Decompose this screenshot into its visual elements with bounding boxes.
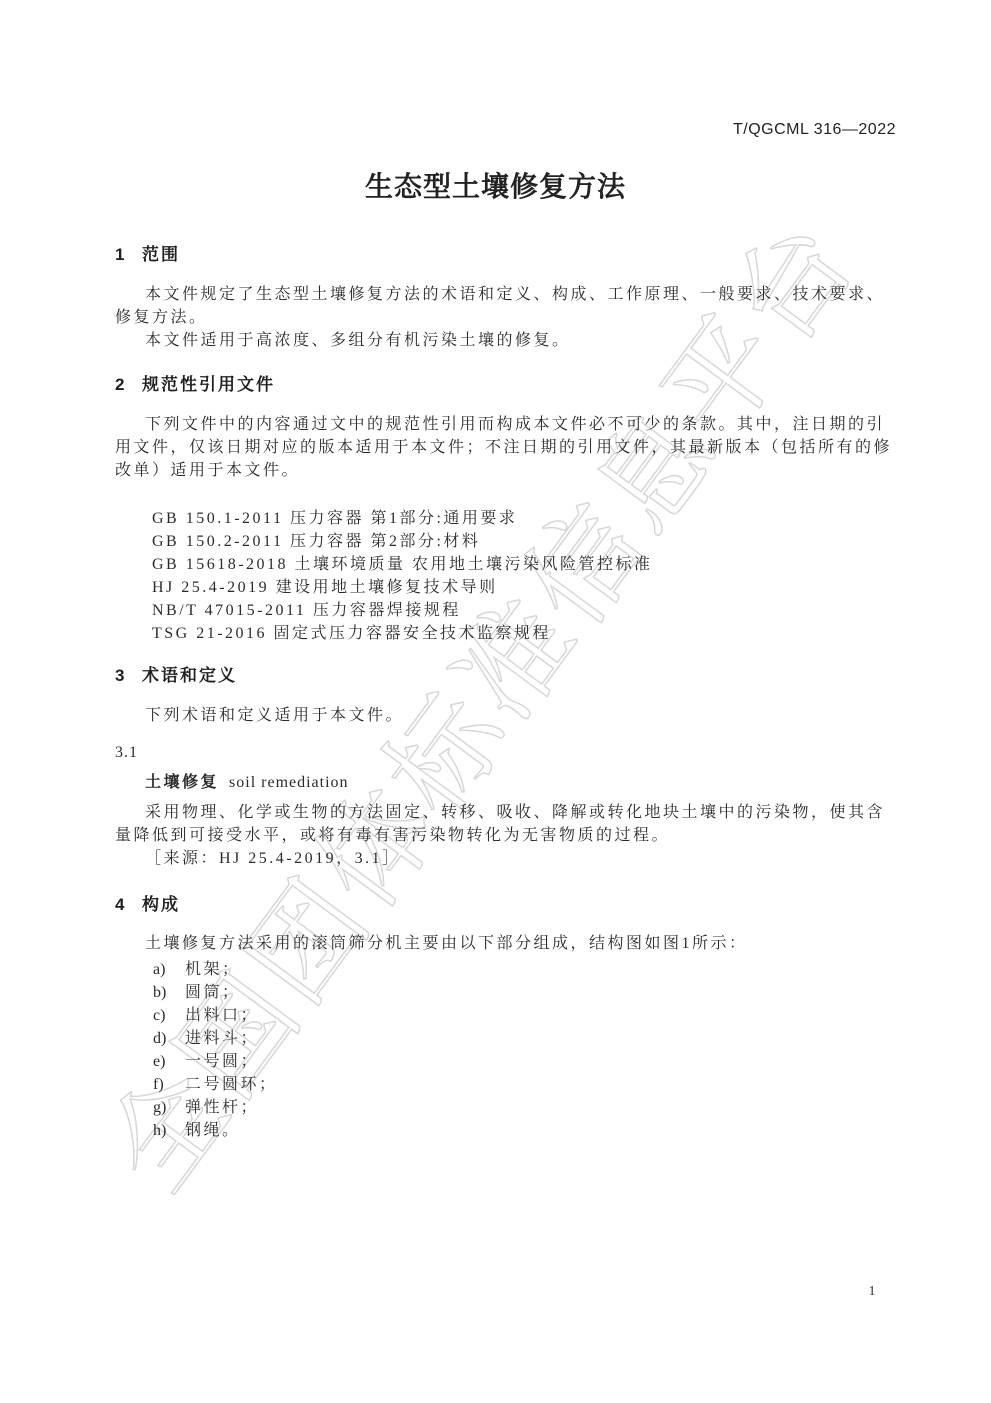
list-item: d)进料斗； <box>153 1027 793 1050</box>
list-item-label: a) <box>153 958 185 981</box>
term-name-en: soil remediation <box>229 774 349 791</box>
list-item-text: 圆筒； <box>185 984 241 1001</box>
section-4-heading: 4构成 <box>115 896 901 914</box>
section-2-body: 下列文件中的内容通过文中的规范性引用而构成本文件必不可少的条款。其中，注日期的引… <box>115 413 901 482</box>
list-item-text: 机架； <box>185 961 241 978</box>
section-4-intro: 土壤修复方法采用的滚筒筛分机主要由以下部分组成，结构图如图1所示： <box>115 932 901 955</box>
paragraph: 本文件适用于高浓度、多组分有机污染土壤的修复。 <box>115 329 901 352</box>
page-title: 生态型土壤修复方法 <box>0 165 991 205</box>
list-item-text: 弹性杆； <box>185 1099 259 1116</box>
paragraph: 下列文件中的内容通过文中的规范性引用而构成本文件必不可少的条款。其中，注日期的引… <box>115 413 901 482</box>
component-list: a)机架； b)圆筒； c)出料口； d)进料斗； e)一号圆； f)二号圆环；… <box>153 958 793 1142</box>
list-item: c)出料口； <box>153 1004 793 1027</box>
section-1-body: 本文件规定了生态型土壤修复方法的术语和定义、构成、工作原理、一般要求、技术要求、… <box>115 283 901 352</box>
list-item-label: d) <box>153 1027 185 1050</box>
section-3-heading: 3术语和定义 <box>115 667 901 685</box>
reference-item: GB 15618-2018 土壤环境质量 农用地土壤污染风险管控标准 <box>152 553 852 576</box>
term-line: 土壤修复soil remediation <box>145 771 931 794</box>
section-3-number: 3 <box>115 667 142 685</box>
paragraph: 土壤修复方法采用的滚筒筛分机主要由以下部分组成，结构图如图1所示： <box>115 932 901 955</box>
list-item-label: c) <box>153 1004 185 1027</box>
list-item-label: f) <box>153 1073 185 1096</box>
section-2-title: 规范性引用文件 <box>142 375 275 394</box>
list-item-text: 出料口； <box>185 1007 259 1024</box>
section-2-number: 2 <box>115 376 142 394</box>
page-number: 1 <box>860 1284 884 1300</box>
term-source: ［来源：HJ 25.4-2019，3.1］ <box>115 847 901 870</box>
list-item-label: h) <box>153 1119 185 1142</box>
section-1-heading: 1范围 <box>115 246 901 264</box>
reference-item: NB/T 47015-2011 压力容器焊接规程 <box>152 599 852 622</box>
list-item-label: e) <box>153 1050 185 1073</box>
list-item-text: 钢绳。 <box>185 1122 241 1139</box>
section-3-intro: 下列术语和定义适用于本文件。 <box>115 704 901 727</box>
list-item: a)机架； <box>153 958 793 981</box>
paragraph: 采用物理、化学或生物的方法固定、转移、吸收、降解或转化地块土壤中的污染物，使其含… <box>115 801 901 847</box>
paragraph: 本文件规定了生态型土壤修复方法的术语和定义、构成、工作原理、一般要求、技术要求、… <box>115 283 901 329</box>
term-definition-block: 采用物理、化学或生物的方法固定、转移、吸收、降解或转化地块土壤中的污染物，使其含… <box>115 801 901 870</box>
list-item: f)二号圆环； <box>153 1073 793 1096</box>
reference-item: GB 150.2-2011 压力容器 第2部分:材料 <box>152 530 852 553</box>
document-page: 全国团体标准信息平台 T/QGCML 316—2022 生态型土壤修复方法 1范… <box>0 0 991 1403</box>
references-list: GB 150.1-2011 压力容器 第1部分:通用要求 GB 150.2-20… <box>152 507 852 645</box>
section-4-title: 构成 <box>142 895 180 914</box>
list-item-text: 二号圆环； <box>185 1076 278 1093</box>
doc-number: T/QGCML 316—2022 <box>733 121 896 139</box>
section-1-title: 范围 <box>142 245 180 264</box>
list-item-text: 进料斗； <box>185 1030 259 1047</box>
term-name-zh: 土壤修复 <box>145 774 219 791</box>
section-3-title: 术语和定义 <box>142 666 237 685</box>
section-4-number: 4 <box>115 896 142 914</box>
list-item-label: g) <box>153 1096 185 1119</box>
list-item-label: b) <box>153 981 185 1004</box>
reference-item: GB 150.1-2011 压力容器 第1部分:通用要求 <box>152 507 852 530</box>
reference-item: HJ 25.4-2019 建设用地土壤修复技术导则 <box>152 576 852 599</box>
list-item: g)弹性杆； <box>153 1096 793 1119</box>
term-number: 3.1 <box>115 744 901 762</box>
paragraph: 下列术语和定义适用于本文件。 <box>115 704 901 727</box>
reference-item: TSG 21-2016 固定式压力容器安全技术监察规程 <box>152 622 852 645</box>
list-item: h)钢绳。 <box>153 1119 793 1142</box>
section-2-heading: 2规范性引用文件 <box>115 376 901 394</box>
section-1-number: 1 <box>115 246 142 264</box>
list-item: e)一号圆； <box>153 1050 793 1073</box>
list-item-text: 一号圆； <box>185 1053 259 1070</box>
list-item: b)圆筒； <box>153 981 793 1004</box>
